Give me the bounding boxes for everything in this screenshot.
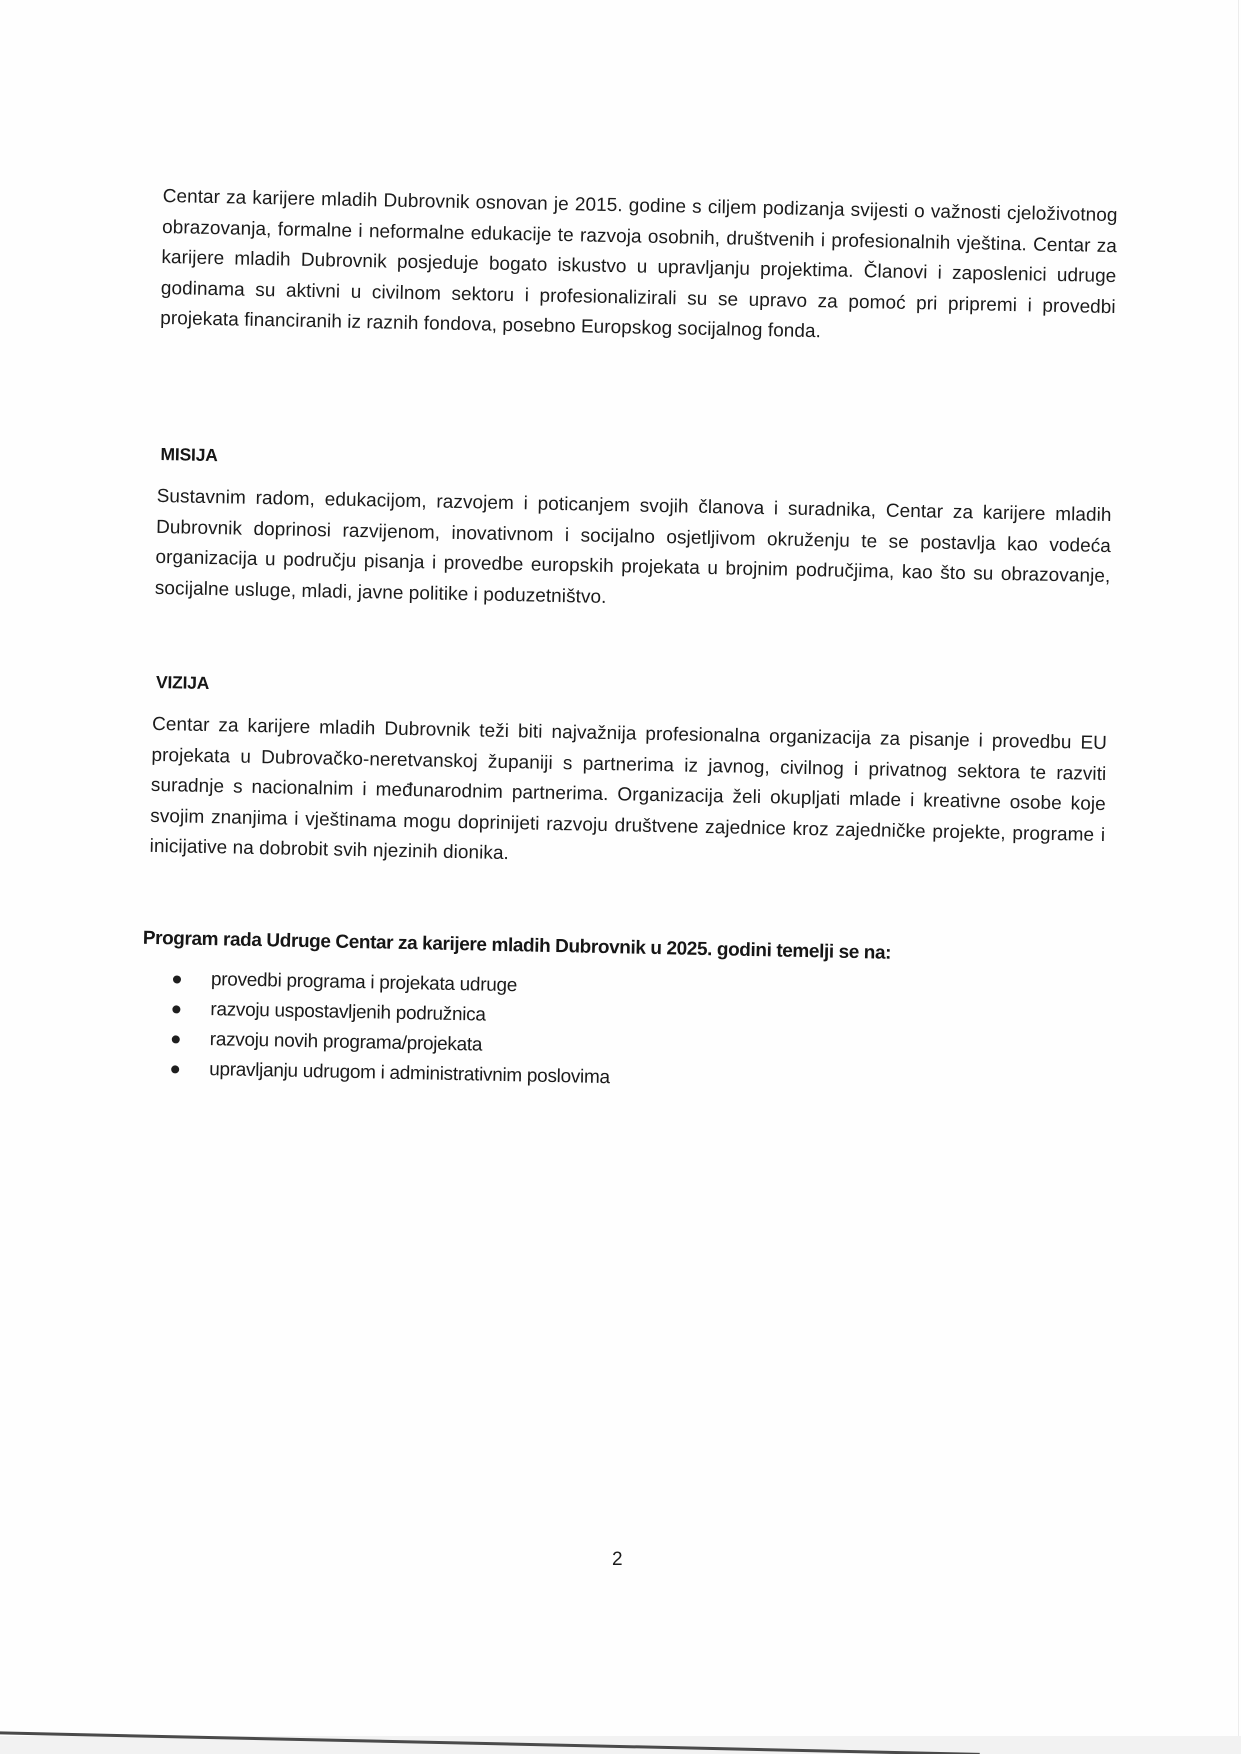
list-item-text: razvoju novih programa/projekata xyxy=(210,1029,483,1055)
program-heading: Program rada Udruge Centar za karijere m… xyxy=(143,928,892,965)
bullet-icon xyxy=(172,1035,180,1043)
scanned-page: Centar za karijere mladih Dubrovnik osno… xyxy=(0,0,1241,1754)
bullet-icon xyxy=(172,1005,180,1013)
program-list: provedbi programa i projekata udruge raz… xyxy=(167,964,612,1093)
list-item-text: razvoju uspostavljenih podružnica xyxy=(210,999,486,1026)
list-item-text: upravljanju udrugom i administrativnim p… xyxy=(209,1059,610,1088)
bullet-icon xyxy=(173,975,181,983)
misija-paragraph: Sustavnim radom, edukacijom, razvojem i … xyxy=(155,482,1112,623)
misija-heading: MISIJA xyxy=(160,444,218,466)
vizija-paragraph: Centar za karijere mladih Dubrovnik teži… xyxy=(149,710,1107,882)
page-number: 2 xyxy=(612,1549,623,1571)
intro-paragraph: Centar za karijere mladih Dubrovnik osno… xyxy=(160,182,1118,354)
vizija-heading: VIZIJA xyxy=(156,672,210,694)
bullet-icon xyxy=(171,1065,179,1073)
page-content: Centar za karijere mladih Dubrovnik osno… xyxy=(160,182,1118,354)
scan-edge-right xyxy=(1238,0,1239,1754)
list-item-text: provedbi programa i projekata udruge xyxy=(211,969,517,996)
